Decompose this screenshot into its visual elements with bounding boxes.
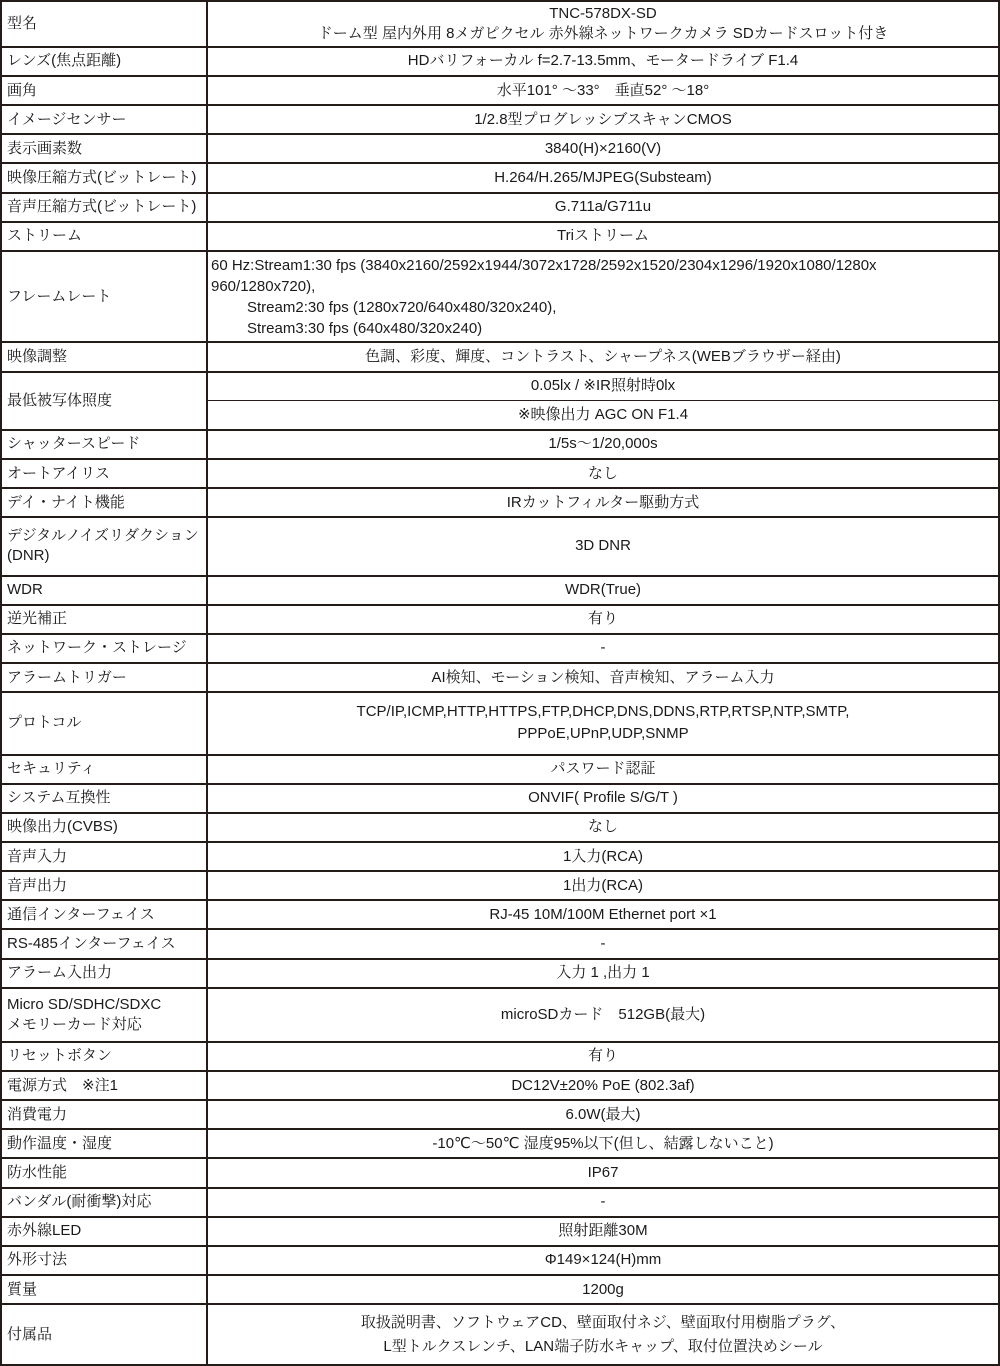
spec-label: 質量 bbox=[1, 1275, 207, 1304]
spec-label: ストリーム bbox=[1, 222, 207, 251]
table-row: リセットボタン 有り bbox=[1, 1042, 999, 1071]
spec-label-line: 質量 bbox=[7, 1280, 201, 1300]
spec-label: 映像圧縮方式(ビットレート) bbox=[1, 163, 207, 192]
table-row: Micro SD/SDHC/SDXC メモリーカード対応 microSDカード … bbox=[1, 988, 999, 1042]
spec-label: 画角 bbox=[1, 76, 207, 105]
table-row: 映像圧縮方式(ビットレート) H.264/H.265/MJPEG(Substea… bbox=[1, 163, 999, 192]
spec-value: パスワード認証 bbox=[207, 755, 999, 784]
spec-sheet: 型名 TNC-578DX-SD ドーム型 屋内外用 8メガピクセル 赤外線ネット… bbox=[0, 0, 1000, 1366]
spec-label: 電源方式 ※注1 bbox=[1, 1071, 207, 1100]
spec-label: 外形寸法 bbox=[1, 1246, 207, 1275]
spec-value-line: Stream3:30 fps (640x480/320x240) bbox=[211, 318, 993, 339]
spec-label: 逆光補正 bbox=[1, 605, 207, 634]
spec-value: -10℃～50℃ 湿度95%以下(但し、結露しないこと) bbox=[207, 1129, 999, 1158]
spec-label-line: アラームトリガー bbox=[7, 668, 201, 688]
spec-value: H.264/H.265/MJPEG(Substeam) bbox=[207, 163, 999, 192]
spec-value: 3D DNR bbox=[207, 517, 999, 575]
spec-value: - bbox=[207, 929, 999, 958]
spec-value: 入力 1 ,出力 1 bbox=[207, 959, 999, 988]
spec-label: 赤外線LED bbox=[1, 1217, 207, 1246]
spec-label: リセットボタン bbox=[1, 1042, 207, 1071]
spec-label: 音声入力 bbox=[1, 842, 207, 871]
spec-label-line: 電源方式 ※注1 bbox=[7, 1076, 201, 1096]
spec-label: レンズ(焦点距離) bbox=[1, 47, 207, 76]
spec-label-line: 最低被写体照度 bbox=[7, 391, 201, 411]
spec-label: アラーム入出力 bbox=[1, 959, 207, 988]
table-row: 質量 1200g bbox=[1, 1275, 999, 1304]
spec-label-line: ネットワーク・ストレージ bbox=[7, 638, 201, 658]
spec-label-line: 逆光補正 bbox=[7, 609, 201, 629]
table-row: プロトコル TCP/IP,ICMP,HTTP,HTTPS,FTP,DHCP,DN… bbox=[1, 692, 999, 754]
spec-label: 最低被写体照度 bbox=[1, 372, 207, 430]
spec-value: IRカットフィルター駆動方式 bbox=[207, 488, 999, 517]
table-row: 音声圧縮方式(ビットレート) G.711a/G711u bbox=[1, 193, 999, 222]
spec-value: Φ149×124(H)mm bbox=[207, 1246, 999, 1275]
spec-label-line: 動作温度・湿度 bbox=[7, 1134, 201, 1154]
spec-label: デイ・ナイト機能 bbox=[1, 488, 207, 517]
table-row: 画角 水平101° ～33° 垂直52° ～18° bbox=[1, 76, 999, 105]
table-row: オートアイリス なし bbox=[1, 459, 999, 488]
spec-value: 照射距離30M bbox=[207, 1217, 999, 1246]
spec-value-line: TNC-578DX-SD bbox=[213, 4, 993, 24]
spec-value: 1200g bbox=[207, 1275, 999, 1304]
table-row: 外形寸法 Φ149×124(H)mm bbox=[1, 1246, 999, 1275]
spec-label-line: デジタルノイズリダクション bbox=[7, 526, 201, 546]
spec-label-line: メモリーカード対応 bbox=[7, 1015, 201, 1035]
spec-value: WDR(True) bbox=[207, 576, 999, 605]
spec-label-line: リセットボタン bbox=[7, 1046, 201, 1066]
table-row: アラーム入出力 入力 1 ,出力 1 bbox=[1, 959, 999, 988]
spec-label-line: 映像圧縮方式(ビットレート) bbox=[7, 168, 201, 188]
table-row: レンズ(焦点距離) HDバリフォーカル f=2.7-13.5mm、モータードライ… bbox=[1, 47, 999, 76]
spec-value: 1/2.8型プログレッシブスキャンCMOS bbox=[207, 105, 999, 134]
spec-label-line: イメージセンサー bbox=[7, 110, 201, 130]
table-row: 動作温度・湿度 -10℃～50℃ 湿度95%以下(但し、結露しないこと) bbox=[1, 1129, 999, 1158]
spec-label: 音声圧縮方式(ビットレート) bbox=[1, 193, 207, 222]
spec-value: microSDカード 512GB(最大) bbox=[207, 988, 999, 1042]
spec-value: 0.05lx / ※IR照射時0lx bbox=[207, 372, 999, 401]
spec-label: 通信インターフェイス bbox=[1, 900, 207, 929]
spec-value: 6.0W(最大) bbox=[207, 1100, 999, 1129]
table-row: アラームトリガー AI検知、モーション検知、音声検知、アラーム入力 bbox=[1, 663, 999, 692]
table-row: 映像調整 色調、彩度、輝度、コントラスト、シャープネス(WEBブラウザー経由) bbox=[1, 342, 999, 371]
table-row: 防水性能 IP67 bbox=[1, 1158, 999, 1187]
spec-value-line: L型トルクスレンチ、LAN端子防水キャップ、取付位置決めシール bbox=[213, 1335, 993, 1359]
table-row: 赤外線LED 照射距離30M bbox=[1, 1217, 999, 1246]
spec-label-line: 付属品 bbox=[7, 1325, 201, 1345]
spec-value: - bbox=[207, 634, 999, 663]
spec-value-line: PPPoE,UPnP,UDP,SNMP bbox=[213, 723, 993, 745]
spec-label: デジタルノイズリダクション (DNR) bbox=[1, 517, 207, 575]
spec-label: バンダル(耐衝撃)対応 bbox=[1, 1188, 207, 1217]
spec-label-line: 外形寸法 bbox=[7, 1250, 201, 1270]
spec-label-line: WDR bbox=[7, 580, 201, 600]
spec-value: TCP/IP,ICMP,HTTP,HTTPS,FTP,DHCP,DNS,DDNS… bbox=[207, 692, 999, 754]
table-row: 映像出力(CVBS) なし bbox=[1, 813, 999, 842]
spec-value: 1/5s～1/20,000s bbox=[207, 430, 999, 459]
spec-label: セキュリティ bbox=[1, 755, 207, 784]
spec-value-line: ドーム型 屋内外用 8メガピクセル 赤外線ネットワークカメラ SDカードスロット… bbox=[213, 24, 993, 44]
spec-label-line: 画角 bbox=[7, 81, 201, 101]
spec-label-line: 映像調整 bbox=[7, 347, 201, 367]
spec-label: Micro SD/SDHC/SDXC メモリーカード対応 bbox=[1, 988, 207, 1042]
table-row: 型名 TNC-578DX-SD ドーム型 屋内外用 8メガピクセル 赤外線ネット… bbox=[1, 1, 999, 47]
spec-value-line: 60 Hz:Stream1:30 fps (3840x2160/2592x194… bbox=[211, 255, 993, 276]
spec-label: 動作温度・湿度 bbox=[1, 1129, 207, 1158]
spec-value: 1入力(RCA) bbox=[207, 842, 999, 871]
table-row: バンダル(耐衝撃)対応 - bbox=[1, 1188, 999, 1217]
table-row: システム互換性 ONVIF( Profile S/G/T ) bbox=[1, 784, 999, 813]
table-row: 付属品 取扱説明書、ソフトウェアCD、壁面取付ネジ、壁面取付用樹脂プラグ、 L型… bbox=[1, 1304, 999, 1365]
spec-value-line: TCP/IP,ICMP,HTTP,HTTPS,FTP,DHCP,DNS,DDNS… bbox=[213, 701, 993, 723]
spec-value: 60 Hz:Stream1:30 fps (3840x2160/2592x194… bbox=[207, 251, 999, 343]
spec-label-line: バンダル(耐衝撃)対応 bbox=[7, 1192, 201, 1212]
spec-value: なし bbox=[207, 813, 999, 842]
spec-label: オートアイリス bbox=[1, 459, 207, 488]
spec-label: 表示画素数 bbox=[1, 134, 207, 163]
spec-label-line: Micro SD/SDHC/SDXC bbox=[7, 995, 201, 1015]
spec-label-line: プロトコル bbox=[7, 713, 201, 733]
spec-value: ONVIF( Profile S/G/T ) bbox=[207, 784, 999, 813]
spec-label: RS-485インターフェイス bbox=[1, 929, 207, 958]
spec-value: AI検知、モーション検知、音声検知、アラーム入力 bbox=[207, 663, 999, 692]
spec-label-line: 防水性能 bbox=[7, 1163, 201, 1183]
spec-value: Triストリーム bbox=[207, 222, 999, 251]
spec-value: ※映像出力 AGC ON F1.4 bbox=[207, 401, 999, 430]
spec-label: 映像調整 bbox=[1, 342, 207, 371]
spec-label-line: デイ・ナイト機能 bbox=[7, 493, 201, 513]
table-row: シャッタースピード 1/5s～1/20,000s bbox=[1, 430, 999, 459]
spec-value: 水平101° ～33° 垂直52° ～18° bbox=[207, 76, 999, 105]
table-row: WDR WDR(True) bbox=[1, 576, 999, 605]
spec-label-line: 映像出力(CVBS) bbox=[7, 817, 201, 837]
spec-label: 防水性能 bbox=[1, 1158, 207, 1187]
spec-label-line: 音声圧縮方式(ビットレート) bbox=[7, 197, 201, 217]
spec-value: 1出力(RCA) bbox=[207, 871, 999, 900]
spec-label-line: レンズ(焦点距離) bbox=[7, 51, 201, 71]
table-row: 音声入力 1入力(RCA) bbox=[1, 842, 999, 871]
spec-label-line: フレームレート bbox=[7, 287, 201, 307]
spec-label: WDR bbox=[1, 576, 207, 605]
spec-value: 有り bbox=[207, 1042, 999, 1071]
spec-label-line: システム互換性 bbox=[7, 788, 201, 808]
spec-label: 型名 bbox=[1, 1, 207, 47]
spec-label-line: ストリーム bbox=[7, 226, 201, 246]
spec-value: なし bbox=[207, 459, 999, 488]
spec-value: DC12V±20% PoE (802.3af) bbox=[207, 1071, 999, 1100]
spec-label-line: セキュリティ bbox=[7, 759, 201, 779]
table-row: ネットワーク・ストレージ - bbox=[1, 634, 999, 663]
spec-label-line: 音声入力 bbox=[7, 847, 201, 867]
spec-label: 映像出力(CVBS) bbox=[1, 813, 207, 842]
spec-value: - bbox=[207, 1188, 999, 1217]
spec-value-line: 960/1280x720), bbox=[211, 276, 993, 297]
spec-table: 型名 TNC-578DX-SD ドーム型 屋内外用 8メガピクセル 赤外線ネット… bbox=[0, 0, 1000, 1366]
table-row: デジタルノイズリダクション (DNR) 3D DNR bbox=[1, 517, 999, 575]
table-row: 消費電力 6.0W(最大) bbox=[1, 1100, 999, 1129]
table-row: デイ・ナイト機能 IRカットフィルター駆動方式 bbox=[1, 488, 999, 517]
spec-label-line: オートアイリス bbox=[7, 464, 201, 484]
spec-label: フレームレート bbox=[1, 251, 207, 343]
spec-label: 消費電力 bbox=[1, 1100, 207, 1129]
table-row: 音声出力 1出力(RCA) bbox=[1, 871, 999, 900]
spec-value: 有り bbox=[207, 605, 999, 634]
spec-label: システム互換性 bbox=[1, 784, 207, 813]
spec-label-line: 型名 bbox=[7, 14, 201, 34]
spec-label: 音声出力 bbox=[1, 871, 207, 900]
table-row: RS-485インターフェイス - bbox=[1, 929, 999, 958]
spec-value-line: Stream2:30 fps (1280x720/640x480/320x240… bbox=[211, 297, 993, 318]
spec-value: RJ-45 10M/100M Ethernet port ×1 bbox=[207, 900, 999, 929]
spec-label: ネットワーク・ストレージ bbox=[1, 634, 207, 663]
spec-label: シャッタースピード bbox=[1, 430, 207, 459]
spec-label-line: RS-485インターフェイス bbox=[7, 934, 201, 954]
spec-label: 付属品 bbox=[1, 1304, 207, 1365]
spec-value: 取扱説明書、ソフトウェアCD、壁面取付ネジ、壁面取付用樹脂プラグ、 L型トルクス… bbox=[207, 1304, 999, 1365]
spec-label-line: (DNR) bbox=[7, 546, 201, 566]
spec-label-line: シャッタースピード bbox=[7, 434, 201, 454]
spec-label: イメージセンサー bbox=[1, 105, 207, 134]
table-row: セキュリティ パスワード認証 bbox=[1, 755, 999, 784]
table-row: 表示画素数 3840(H)×2160(V) bbox=[1, 134, 999, 163]
spec-label-line: 消費電力 bbox=[7, 1105, 201, 1125]
table-row: フレームレート 60 Hz:Stream1:30 fps (3840x2160/… bbox=[1, 251, 999, 343]
spec-value: TNC-578DX-SD ドーム型 屋内外用 8メガピクセル 赤外線ネットワーク… bbox=[207, 1, 999, 47]
spec-value-line: 取扱説明書、ソフトウェアCD、壁面取付ネジ、壁面取付用樹脂プラグ、 bbox=[213, 1311, 993, 1335]
spec-label-line: 通信インターフェイス bbox=[7, 905, 201, 925]
spec-value: 3840(H)×2160(V) bbox=[207, 134, 999, 163]
spec-label-line: 表示画素数 bbox=[7, 139, 201, 159]
spec-value: HDバリフォーカル f=2.7-13.5mm、モータードライブ F1.4 bbox=[207, 47, 999, 76]
table-row: 通信インターフェイス RJ-45 10M/100M Ethernet port … bbox=[1, 900, 999, 929]
spec-label: アラームトリガー bbox=[1, 663, 207, 692]
table-row: ストリーム Triストリーム bbox=[1, 222, 999, 251]
table-row: 逆光補正 有り bbox=[1, 605, 999, 634]
spec-value: IP67 bbox=[207, 1158, 999, 1187]
table-row: 最低被写体照度 0.05lx / ※IR照射時0lx bbox=[1, 372, 999, 401]
spec-label-line: アラーム入出力 bbox=[7, 963, 201, 983]
spec-label-line: 赤外線LED bbox=[7, 1221, 201, 1241]
spec-value: G.711a/G711u bbox=[207, 193, 999, 222]
spec-label: プロトコル bbox=[1, 692, 207, 754]
spec-value: 色調、彩度、輝度、コントラスト、シャープネス(WEBブラウザー経由) bbox=[207, 342, 999, 371]
spec-label-line: 音声出力 bbox=[7, 876, 201, 896]
table-row: 電源方式 ※注1 DC12V±20% PoE (802.3af) bbox=[1, 1071, 999, 1100]
table-row: イメージセンサー 1/2.8型プログレッシブスキャンCMOS bbox=[1, 105, 999, 134]
